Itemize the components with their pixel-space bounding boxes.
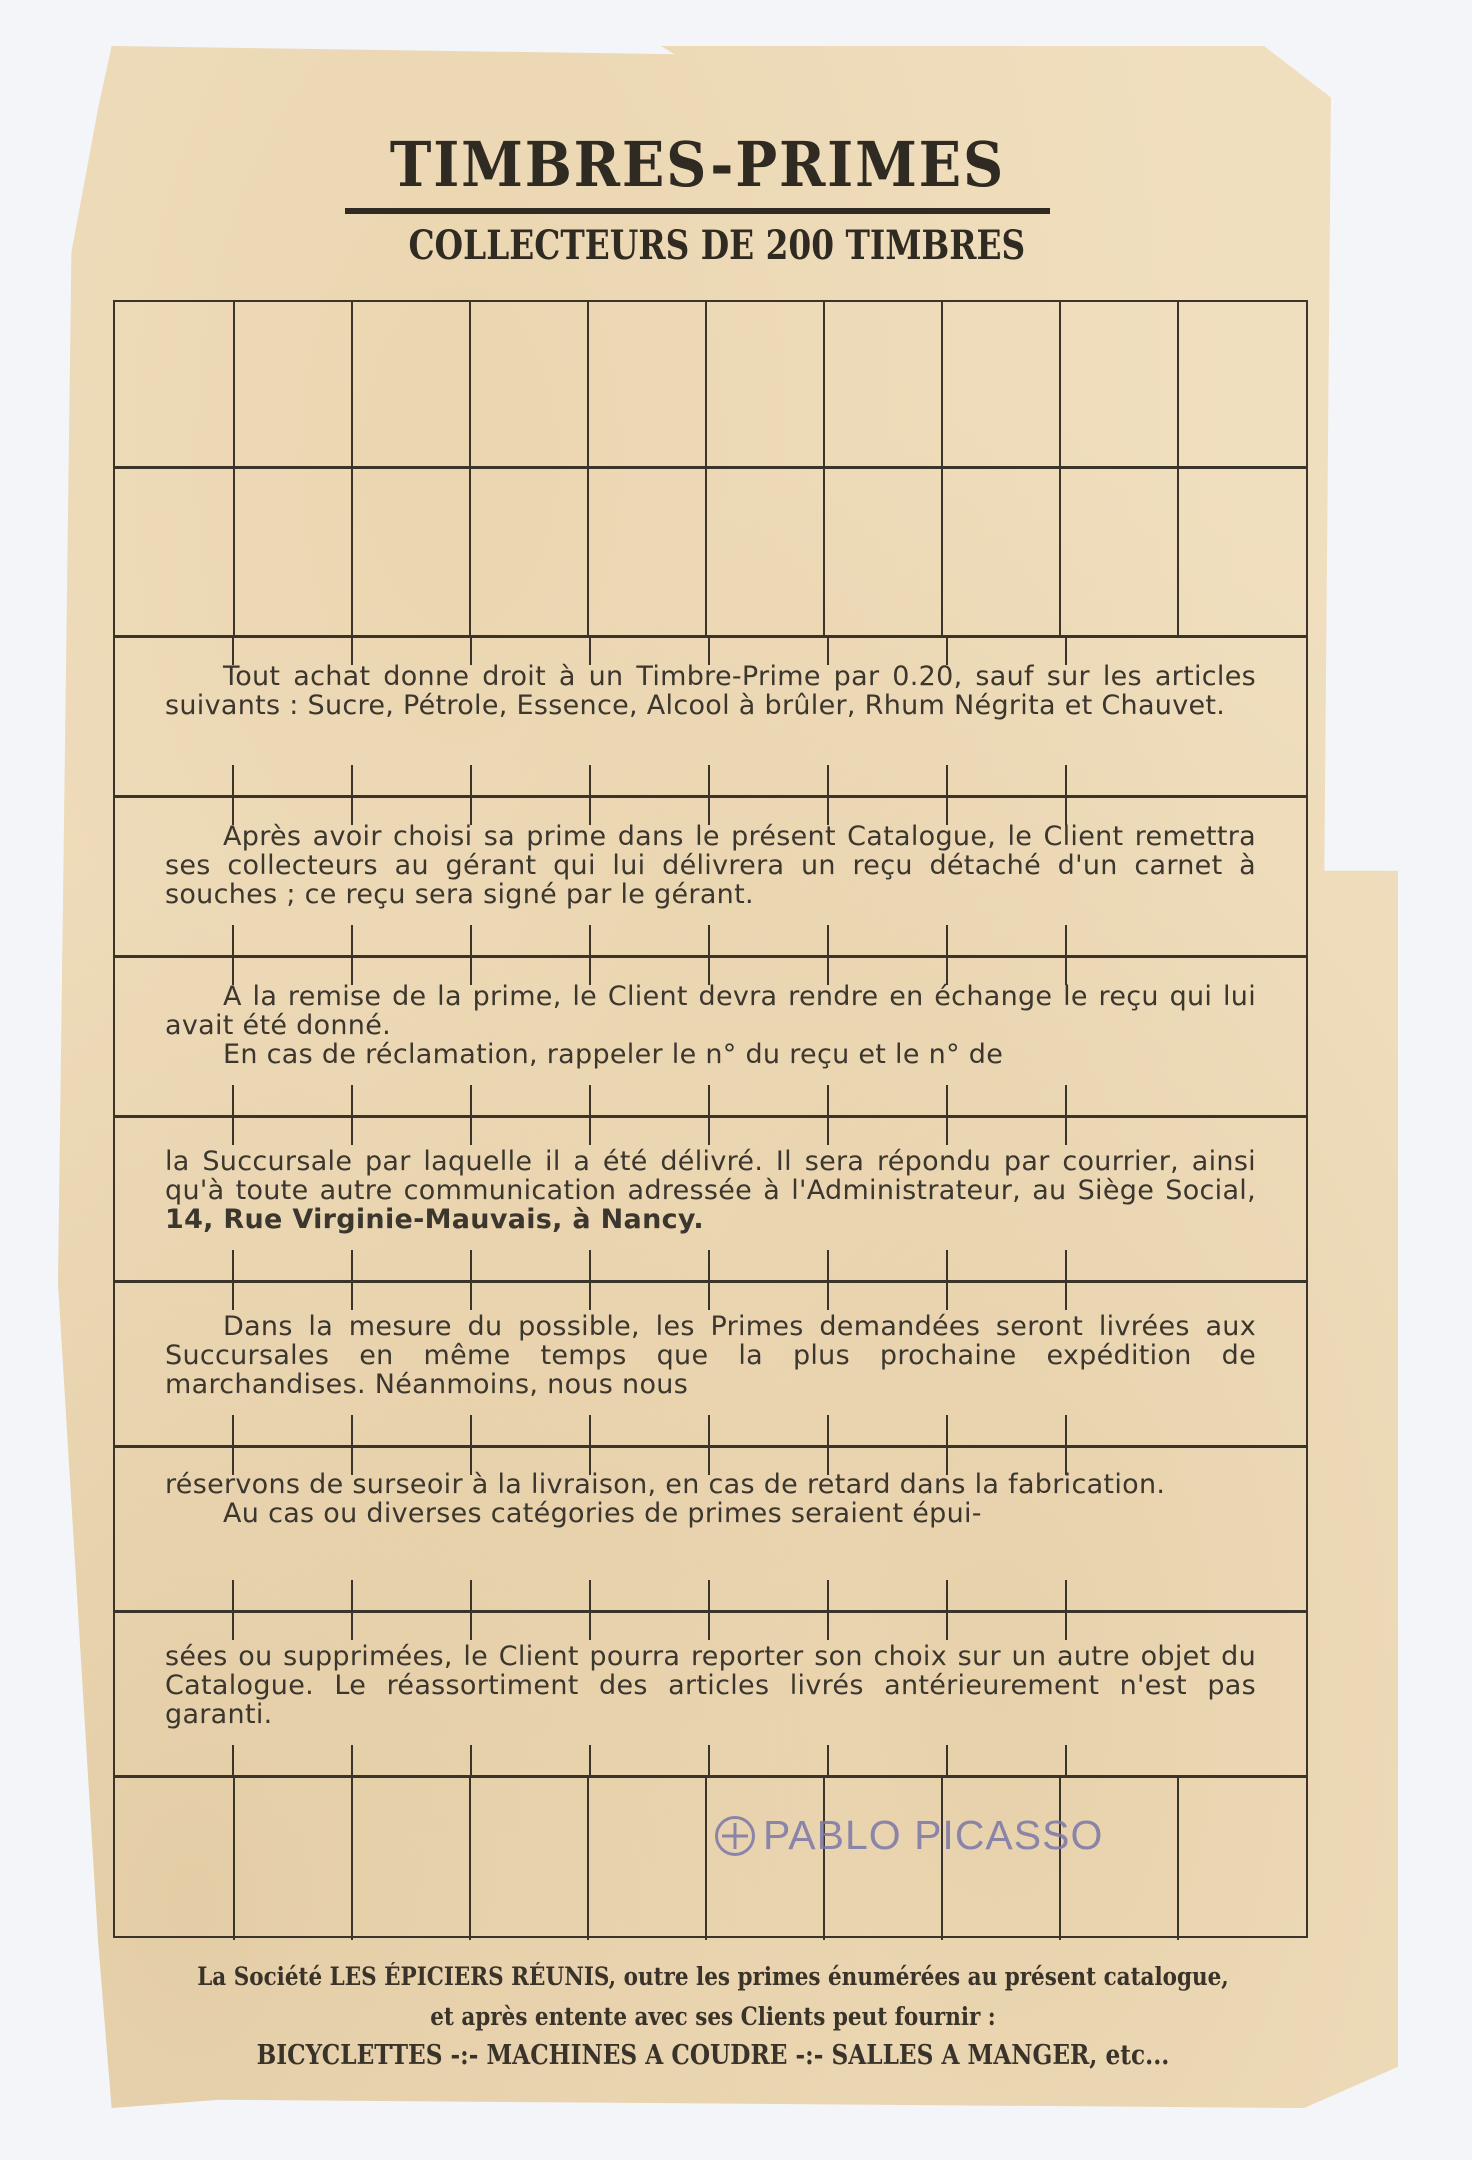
grid-col-divider (469, 302, 471, 635)
grid-row-divider (115, 466, 1306, 469)
grid-col-divider (587, 302, 589, 635)
paragraph-text: la Succursale par laquelle il a été déli… (165, 1146, 1256, 1206)
grid-col-divider (705, 1775, 707, 1940)
grid-col-divider (351, 302, 353, 635)
footer-line-3: BICYCLETTES -:- MACHINES A COUDRE -:- SA… (197, 2040, 1229, 2071)
paragraph-text: A la remise de la prime, le Client devra… (165, 982, 1256, 1040)
rule-paragraph-6: réservons de surseoir à la livraison, en… (165, 1470, 1256, 1528)
grid-row-divider (115, 795, 1306, 798)
paragraph-text: Après avoir choisi sa prime dans le prés… (165, 822, 1256, 909)
address-text: 14, Rue Virginie-Mauvais, à Nancy. (165, 1204, 704, 1235)
grid-col-divider (587, 1775, 589, 1940)
paragraph-text: sées ou supprimées, le Client pourra rep… (165, 1642, 1256, 1729)
ink-stamp: PABLO PICASSO (715, 1812, 1103, 1859)
grid-row-divider (115, 1115, 1306, 1118)
rule-paragraph-4: la Succursale par laquelle il a été déli… (165, 1147, 1256, 1234)
paragraph-text: Au cas ou diverses catégories de primes … (165, 1499, 1256, 1528)
grid-col-divider (1177, 302, 1179, 635)
grid-col-divider (705, 302, 707, 635)
paragraph-text: Dans la mesure du possible, les Primes d… (165, 1312, 1256, 1399)
rule-paragraph-1: Tout achat donne droit à un Timbre-Prime… (165, 662, 1256, 720)
grid-col-divider (941, 302, 943, 635)
grid-row-divider (115, 1775, 1306, 1778)
grid-col-divider (351, 1775, 353, 1940)
grid-row-divider (115, 635, 1306, 638)
title-underline (345, 208, 1050, 214)
paragraph-text: Tout achat donne droit à un Timbre-Prime… (165, 662, 1256, 720)
page-title: TIMBRES-PRIMES (380, 128, 1015, 201)
footer-line-1: La Société LES ÉPICIERS RÉUNIS, outre le… (197, 1962, 1229, 1991)
stamp-collector-grid: Tout achat donne droit à un Timbre-Prime… (113, 300, 1308, 1938)
rule-paragraph-3: A la remise de la prime, le Client devra… (165, 982, 1256, 1069)
grid-col-divider (233, 1775, 235, 1940)
rule-paragraph-2: Après avoir choisi sa prime dans le prés… (165, 822, 1256, 909)
grid-col-divider (1177, 1775, 1179, 1940)
grid-row-divider (115, 955, 1306, 958)
footer-line-2: et après entente avec ses Clients peut f… (197, 2002, 1229, 2031)
rule-paragraph-7: sées ou supprimées, le Client pourra rep… (165, 1642, 1256, 1729)
grid-row-divider (115, 1445, 1306, 1448)
grid-col-divider (823, 302, 825, 635)
grid-col-divider (1059, 302, 1061, 635)
page-subtitle: COLLECTEURS DE 200 TIMBRES (408, 222, 986, 269)
stamp-text: PABLO PICASSO (763, 1812, 1103, 1859)
paragraph-text: réservons de surseoir à la livraison, en… (165, 1470, 1256, 1499)
rule-paragraph-5: Dans la mesure du possible, les Primes d… (165, 1312, 1256, 1399)
grid-row-divider (115, 1610, 1306, 1613)
grid-col-divider (233, 302, 235, 635)
grid-row-divider (115, 1280, 1306, 1283)
grid-col-divider (469, 1775, 471, 1940)
paragraph-text: En cas de réclamation, rappeler le n° du… (165, 1040, 1256, 1069)
union-jack-circle-icon (715, 1816, 755, 1856)
